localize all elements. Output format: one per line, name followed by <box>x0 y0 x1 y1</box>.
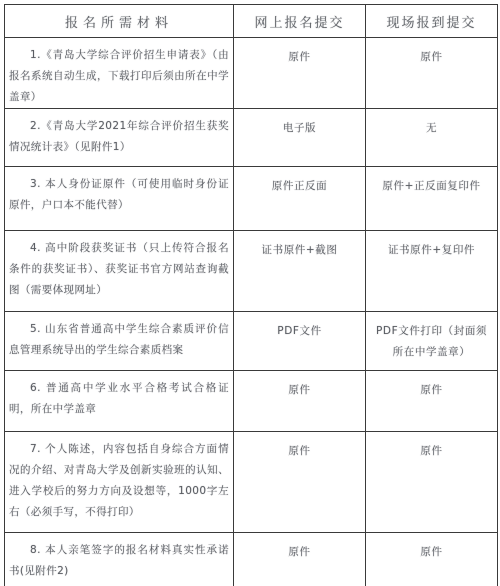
table-row: 3. 本人身份证原件（可使用临时身份证原件，户口本不能代替） 原件正反面 原件+… <box>5 167 498 231</box>
col-header-online-submission: 网上报名提交 <box>234 5 366 38</box>
table-row: 4. 高中阶段获奖证书（只上传符合报名条件的获奖证书）、获奖证书官方网站查询截图… <box>5 231 498 312</box>
onsite-submission-cell: 原件 <box>366 371 498 432</box>
col-header-materials: 报名所需材料 <box>5 5 234 38</box>
table-row: 5. 山东省普通高中学生综合素质评价信息管理系统导出的学生综合素质档案 PDF文… <box>5 312 498 371</box>
onsite-submission-cell: 证书原件+复印件 <box>366 231 498 312</box>
table-header-row: 报名所需材料 网上报名提交 现场报到提交 <box>5 5 498 38</box>
material-cell: 2.《青岛大学2021年综合评价招生获奖情况统计表》（见附件1） <box>5 109 234 167</box>
table-row: 7. 个人陈述，内容包括自身综合方面情况的介绍、对青岛大学及创新实验班的认知、进… <box>5 432 498 533</box>
material-cell: 6. 普通高中学业水平合格考试合格证明，所在中学盖章 <box>5 371 234 432</box>
material-cell: 4. 高中阶段获奖证书（只上传符合报名条件的获奖证书）、获奖证书官方网站查询截图… <box>5 231 234 312</box>
onsite-submission-cell: 原件 <box>366 533 498 586</box>
online-submission-cell: 电子版 <box>234 109 366 167</box>
material-text: 2.《青岛大学2021年综合评价招生获奖情况统计表》（见附件1） <box>9 116 229 158</box>
table-row: 6. 普通高中学业水平合格考试合格证明，所在中学盖章 原件 原件 <box>5 371 498 432</box>
table-row: 2.《青岛大学2021年综合评价招生获奖情况统计表》（见附件1） 电子版 无 <box>5 109 498 167</box>
online-submission-cell: 原件 <box>234 533 366 586</box>
material-text: 6. 普通高中学业水平合格考试合格证明，所在中学盖章 <box>9 378 229 420</box>
material-text: 4. 高中阶段获奖证书（只上传符合报名条件的获奖证书）、获奖证书官方网站查询截图… <box>9 238 229 301</box>
material-text: 7. 个人陈述，内容包括自身综合方面情况的介绍、对青岛大学及创新实验班的认知、进… <box>9 439 229 523</box>
material-text: 3. 本人身份证原件（可使用临时身份证原件，户口本不能代替） <box>9 174 229 216</box>
materials-table: 报名所需材料 网上报名提交 现场报到提交 1.《青岛大学综合评价招生申请表》（由… <box>4 4 498 586</box>
online-submission-cell: 原件 <box>234 432 366 533</box>
table-row: 8. 本人亲笔签字的报名材料真实性承诺书(见附件2) 原件 原件 <box>5 533 498 586</box>
material-text: 5. 山东省普通高中学生综合素质评价信息管理系统导出的学生综合素质档案 <box>9 319 229 361</box>
material-cell: 8. 本人亲笔签字的报名材料真实性承诺书(见附件2) <box>5 533 234 586</box>
onsite-submission-cell: 原件 <box>366 38 498 109</box>
onsite-submission-cell: 原件+正反面复印件 <box>366 167 498 231</box>
material-cell: 7. 个人陈述，内容包括自身综合方面情况的介绍、对青岛大学及创新实验班的认知、进… <box>5 432 234 533</box>
onsite-submission-cell: 原件 <box>366 432 498 533</box>
onsite-submission-cell: 无 <box>366 109 498 167</box>
onsite-submission-cell: PDF文件打印（封面须所在中学盖章） <box>366 312 498 371</box>
material-cell: 5. 山东省普通高中学生综合素质评价信息管理系统导出的学生综合素质档案 <box>5 312 234 371</box>
online-submission-cell: 原件 <box>234 371 366 432</box>
col-header-onsite-submission: 现场报到提交 <box>366 5 498 38</box>
material-cell: 1.《青岛大学综合评价招生申请表》（由报名系统自动生成，下载打印后须由所在中学盖… <box>5 38 234 109</box>
online-submission-cell: 证书原件+截图 <box>234 231 366 312</box>
online-submission-cell: 原件正反面 <box>234 167 366 231</box>
material-text: 8. 本人亲笔签字的报名材料真实性承诺书(见附件2) <box>9 540 229 582</box>
table-row: 1.《青岛大学综合评价招生申请表》（由报名系统自动生成，下载打印后须由所在中学盖… <box>5 38 498 109</box>
material-text: 1.《青岛大学综合评价招生申请表》（由报名系统自动生成，下载打印后须由所在中学盖… <box>9 45 229 108</box>
document-page: 报名所需材料 网上报名提交 现场报到提交 1.《青岛大学综合评价招生申请表》（由… <box>0 0 500 586</box>
material-cell: 3. 本人身份证原件（可使用临时身份证原件，户口本不能代替） <box>5 167 234 231</box>
online-submission-cell: PDF文件 <box>234 312 366 371</box>
online-submission-cell: 原件 <box>234 38 366 109</box>
